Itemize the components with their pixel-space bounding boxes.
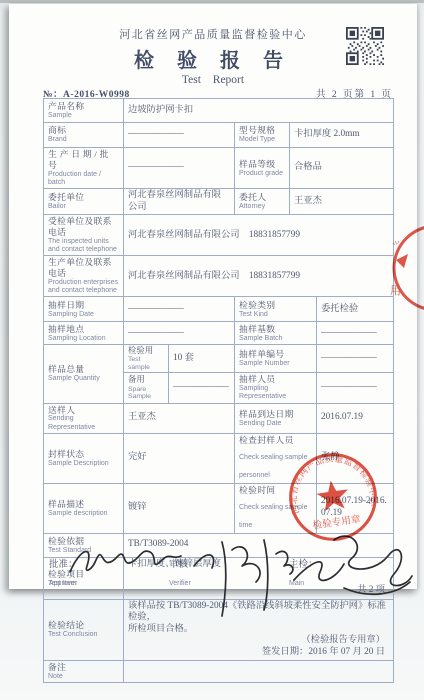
field-sample-number-label: 抽样单编号Sample Number — [235, 345, 317, 373]
field-model-label: 型号规格Model Type — [235, 123, 290, 148]
field-sampling-rep-value: —————— — [317, 373, 394, 403]
seal-star-icon — [315, 478, 350, 512]
field-test-kind-value: 委托检验 — [317, 297, 394, 322]
field-sampling-date-value: —————— — [124, 297, 235, 322]
signature-row: 批准： Approver 审核： Verifier 主检： Main — [49, 554, 409, 590]
field-producer-label: 生产单位及联系电话Production enterprises and cont… — [44, 256, 124, 297]
scan-edge-line — [0, 0, 424, 3]
field-sending-rep-value: 王亚杰 — [124, 403, 235, 433]
table-row: 产品名称Sample 边坡防护网卡扣 — [44, 99, 394, 123]
field-sample-number-value: —————— — [317, 345, 394, 373]
field-conclusion-value: 该样品按 TB/T3089-2004《铁路沿线斜坡柔性安全防护网》标准检验， 所… — [124, 599, 394, 660]
conclusion-line2: 所检项目合格。 — [128, 624, 389, 636]
scanned-report: 河北省丝网产品质量监督检验中心 检 验 报 告 Test Report №：A-… — [0, 0, 424, 700]
field-inspected-value: 河北春泉丝网制品有限公司 18831857799 — [124, 215, 394, 256]
table-row: 商标Brand —————— 型号规格Model Type 卡扣厚度 2.0mm — [44, 123, 394, 148]
table-row: 样品总量Sample Quantity 检验用Test sample 10 套 … — [44, 345, 394, 373]
table-row: 生产单位及联系电话Production enterprises and cont… — [44, 256, 394, 297]
field-sample-label: 产品名称Sample — [44, 99, 124, 123]
qr-code-icon — [346, 27, 384, 65]
table-row: 生 产 日 期 / 批 号Production date / batch ———… — [44, 148, 394, 189]
inspection-seal: 河北省丝网产品质量监督检验中心 检验专用章 — [281, 445, 385, 549]
conclusion-seal-note: （检验报告专用章） — [128, 635, 389, 647]
field-bailor-label: 委托单位Bailor — [44, 189, 124, 215]
table-row: 抽样地点Sampling Location —————— 抽样基数Sample … — [44, 322, 394, 345]
field-production-date-label: 生 产 日 期 / 批 号Production date / batch — [44, 148, 124, 189]
field-sampling-rep-label: 抽样人员Sampling Representative — [235, 373, 317, 403]
field-note-value — [124, 660, 394, 682]
field-sampling-date-label: 抽样日期Sampling Date — [44, 297, 124, 322]
conclusion-issue-date: 签发日期：2016 年 07 月 20 日 — [128, 647, 389, 659]
field-producer-value: 河北春泉丝网制品有限公司 18831857799 — [124, 256, 394, 297]
field-model-value: 卡扣厚度 2.0mm — [290, 123, 394, 148]
field-sending-date-label: 样品到达日期Sending Date — [235, 403, 317, 433]
table-row: 抽样日期Sampling Date —————— 检验类别Test Kind 委… — [44, 297, 394, 322]
report-subtitle: Test Report — [9, 74, 417, 86]
seal-bottom-text: 检验专用章 — [312, 513, 362, 532]
table-row: 受检单位及联系电话The inspected units and contact… — [44, 215, 394, 256]
svg-text:⺌: ⺌ — [391, 238, 403, 251]
field-attorney-label: 委托人Attorney — [235, 189, 290, 215]
table-row: 检验结论Test Conclusion 该样品按 TB/T3089-2004《铁… — [44, 599, 394, 660]
field-sample-quantity-label: 样品总量Sample Quantity — [44, 345, 124, 403]
field-production-date-value: —————— — [124, 148, 235, 189]
field-spare-sample-label: 备用Spare Sample — [124, 373, 169, 403]
field-note-label: 备注Note — [44, 660, 124, 682]
field-bailor-value: 河北春泉丝网制品有限公司 — [124, 189, 235, 215]
field-sample-value: 边坡防护网卡扣 — [124, 99, 394, 123]
field-test-sample-label: 检验用Test sample — [124, 345, 169, 373]
field-test-sample-value: 10 套 — [169, 345, 235, 373]
field-inspected-label: 受检单位及联系电话The inspected units and contact… — [44, 215, 124, 256]
field-sample-state-value: 完好 — [124, 433, 235, 483]
approver-field: 批准： Approver — [49, 554, 169, 590]
field-grade-value: 合格品 — [290, 148, 394, 189]
field-sample-desc-label: 样品描述Sample description — [44, 483, 124, 533]
cross-page-seal: ⺌ 用 — [384, 220, 424, 316]
edge-seal-star-point — [396, 254, 408, 268]
field-sample-state-label: 封样状态Sample Description — [44, 433, 124, 483]
field-sampling-location-label: 抽样地点Sampling Location — [44, 322, 124, 345]
field-sampling-location-value: —————— — [124, 322, 235, 345]
field-sending-rep-label: 送样人Sending Representative — [44, 403, 124, 433]
field-sample-desc-value: 镀锌 — [124, 483, 235, 533]
verifier-field: 审核： Verifier — [169, 554, 289, 590]
table-row: 备注Note — [44, 660, 394, 682]
field-sample-batch-value: —————— — [317, 322, 394, 345]
field-test-kind-label: 检验类别Test Kind — [235, 297, 317, 322]
field-spare-sample-value: —————— — [169, 373, 235, 403]
report-table: 产品名称Sample 边坡防护网卡扣 商标Brand —————— 型号规格Mo… — [43, 98, 394, 683]
field-grade-label: 样品等级Product grade — [235, 148, 290, 189]
field-sample-batch-label: 抽样基数Sample Batch — [235, 322, 317, 345]
main-inspector-field: 主检： Main — [289, 554, 409, 590]
table-row: 送样人Sending Representative 王亚杰 样品到达日期Send… — [44, 403, 394, 433]
field-brand-value: —————— — [124, 123, 235, 148]
conclusion-line1: 该样品按 TB/T3089-2004《铁路沿线斜坡柔性安全防护网》标准检验， — [128, 601, 389, 624]
table-row: 委托单位Bailor 河北春泉丝网制品有限公司 委托人Attorney 王亚杰 — [44, 189, 394, 215]
field-brand-label: 商标Brand — [44, 123, 124, 148]
field-conclusion-label: 检验结论Test Conclusion — [44, 599, 124, 660]
edge-seal-char: 用 — [390, 284, 401, 297]
field-sending-date-value: 2016.07.19 — [317, 403, 394, 433]
field-attorney-value: 王亚杰 — [290, 189, 394, 215]
